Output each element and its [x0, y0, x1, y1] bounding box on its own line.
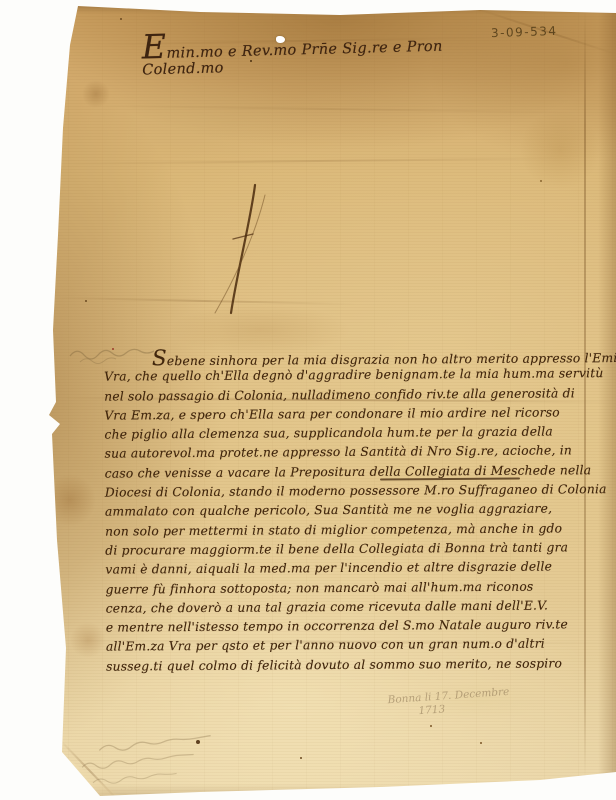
letter-page: 3-09-534 Emin.mo e Rev.mo Prn̄e Sig.re e… [0, 0, 616, 800]
letter-body: Sebene sinhora per la mia disgrazia non … [104, 345, 568, 676]
vertical-fold-crease [584, 10, 586, 778]
body-line: susseg.ti quel colmo di felicità dovuto … [106, 654, 568, 677]
salutation-line: Emin.mo e Rev.mo Prn̄e Sig.re e Pron Col… [142, 38, 483, 79]
body-line: vami è danni, aiquali la med.ma per l'in… [105, 558, 567, 581]
showthrough-dateline: Bonna li 17. Decembre 1713 [387, 686, 510, 720]
scanned-letter: 3-09-534 Emin.mo e Rev.mo Prn̄e Sig.re e… [0, 0, 616, 800]
archival-reference-number: 3-09-534 [491, 24, 558, 40]
paper-hole [276, 36, 285, 43]
showthrough-signature-block [69, 728, 262, 796]
paper-crease [80, 105, 580, 113]
paper-crease [60, 157, 580, 164]
pen-stroke-marks [193, 173, 288, 323]
ink-specks [0, 0, 2, 2]
body-line: Vra, che quello ch'Ella degnò d'aggradir… [104, 365, 566, 388]
